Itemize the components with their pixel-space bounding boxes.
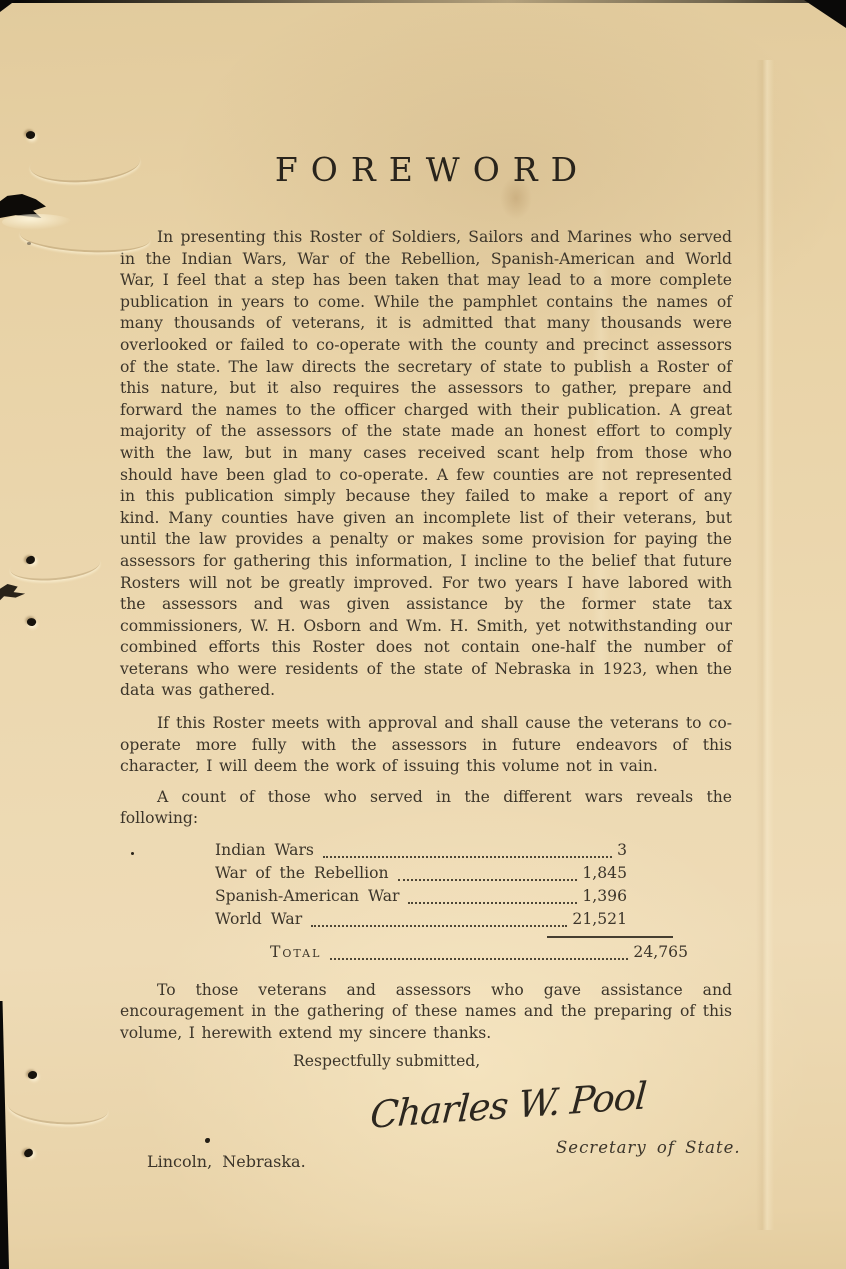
ink-speck bbox=[205, 1138, 210, 1143]
dotted-leader bbox=[311, 925, 567, 927]
total-row: Total 24,765 bbox=[270, 941, 688, 964]
ink-speck bbox=[131, 852, 134, 855]
paragraph-thanks: To those veterans and assessors who gave… bbox=[120, 980, 732, 1045]
ink-speck bbox=[27, 242, 31, 245]
table-row: World War 21,521 bbox=[215, 908, 627, 931]
paper-tear-flap bbox=[2, 214, 72, 230]
paragraph-approval: If this Roster meets with approval and s… bbox=[120, 713, 732, 778]
salutation: Respectfully submitted, bbox=[293, 1052, 732, 1070]
table-row: Spanish-American War 1,396 bbox=[215, 885, 627, 908]
place-line: Lincoln, Nebraska. bbox=[147, 1152, 306, 1171]
row-label: Spanish-American War bbox=[215, 885, 399, 908]
table-row: Indian Wars 3 bbox=[215, 839, 627, 862]
text-column: FOREWORD In presenting this Roster of So… bbox=[120, 0, 732, 1194]
dotted-leader bbox=[398, 879, 578, 881]
dotted-leader bbox=[408, 902, 577, 904]
row-label: Indian Wars bbox=[215, 839, 314, 862]
scan-edge-top bbox=[0, 0, 846, 3]
row-label: War of the Rebellion bbox=[215, 862, 389, 885]
sum-rule bbox=[547, 936, 673, 938]
total-label: Total bbox=[270, 941, 321, 964]
paragraph-count-lead: A count of those who served in the diffe… bbox=[120, 787, 732, 830]
handwritten-signature: Charles W. Pool bbox=[369, 1075, 648, 1138]
paragraph-intro: In presenting this Roster of Soldiers, S… bbox=[120, 227, 732, 702]
table-row: War of the Rebellion 1,845 bbox=[215, 862, 627, 885]
signer-title: Secretary of State. bbox=[556, 1138, 741, 1157]
war-count-table: Indian Wars 3 War of the Rebellion 1,845… bbox=[215, 839, 732, 964]
row-value: 1,845 bbox=[582, 862, 627, 885]
signature-block: Charles W. Pool Secretary of State. Linc… bbox=[120, 1076, 732, 1194]
dotted-leader bbox=[330, 958, 628, 960]
page-title: FOREWORD bbox=[120, 150, 732, 190]
row-value: 3 bbox=[617, 839, 627, 862]
row-value: 21,521 bbox=[572, 908, 627, 931]
row-label: World War bbox=[215, 908, 302, 931]
total-value: 24,765 bbox=[633, 941, 688, 964]
row-value: 1,396 bbox=[582, 885, 627, 908]
scanned-book-page: FOREWORD In presenting this Roster of So… bbox=[0, 0, 846, 1269]
dotted-leader bbox=[323, 856, 612, 858]
